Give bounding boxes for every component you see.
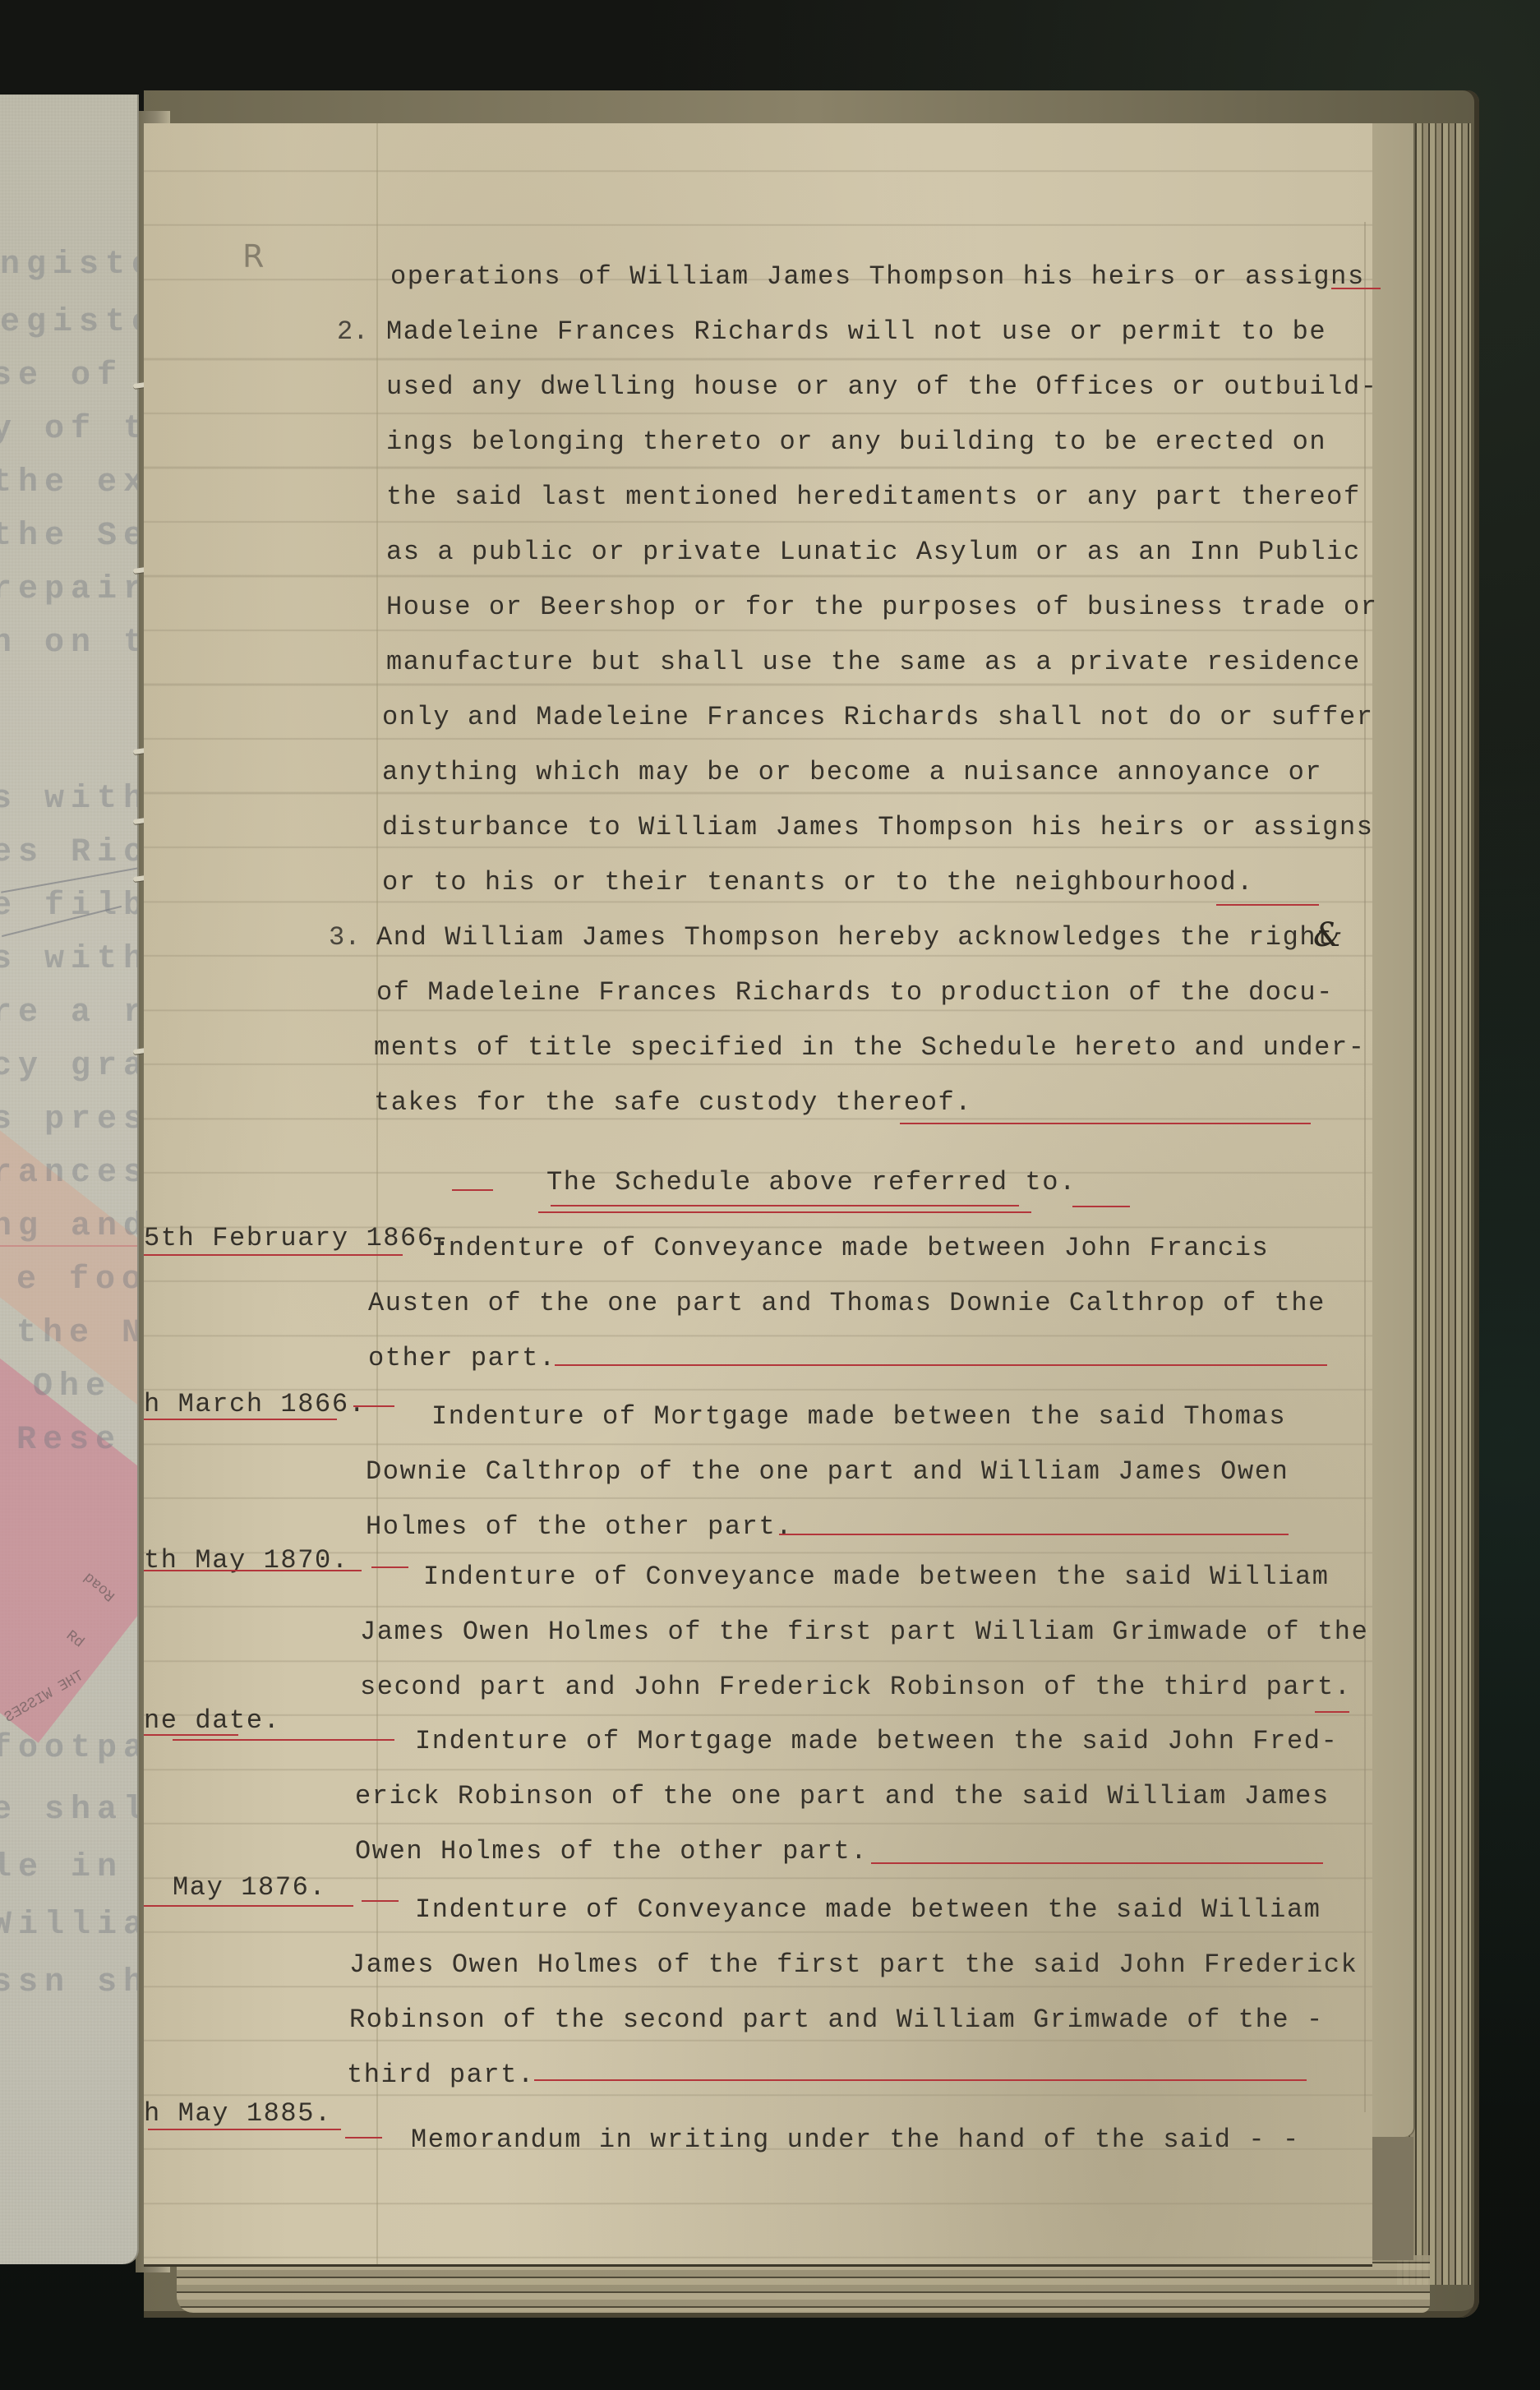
entry-date: h March 1866. bbox=[144, 1389, 366, 1419]
flyleaf-text: rances R bbox=[0, 1155, 137, 1192]
body-line: disturbance to William James Thompson hi… bbox=[382, 812, 1374, 842]
body-line: as a public or private Lunatic Asylum or… bbox=[386, 537, 1361, 567]
date-underline-2 bbox=[173, 1739, 394, 1741]
red-dash bbox=[1315, 1711, 1349, 1713]
entry-date: h May 1885. bbox=[144, 2098, 332, 2129]
entry-line: Downie Calthrop of the one part and Will… bbox=[366, 1456, 1289, 1487]
left-margin-rule bbox=[376, 123, 378, 2264]
red-fill-line bbox=[1331, 288, 1381, 289]
body-line: House or Beershop or for the purposes of… bbox=[386, 592, 1378, 622]
body-line: of Madeleine Frances Richards to product… bbox=[376, 977, 1334, 1008]
entry-line: third part. bbox=[347, 2060, 535, 2090]
handwritten-ampersand: & bbox=[1313, 916, 1343, 954]
title-underline bbox=[551, 1205, 1019, 1207]
entry-line: Indenture of Mortgage made between the s… bbox=[415, 1726, 1338, 1756]
entry-date: ne date. bbox=[144, 1705, 280, 1736]
flyleaf-text: s with bbox=[0, 941, 137, 978]
flyleaf-text: e shal bbox=[0, 1792, 137, 1829]
entry-line: Indenture of Mortgage made between the s… bbox=[431, 1401, 1286, 1432]
entry-line: James Owen Holmes of the first part Will… bbox=[360, 1617, 1368, 1647]
red-fill-line bbox=[900, 1123, 1311, 1124]
red-fill-line bbox=[871, 1862, 1323, 1864]
body-line: Madeleine Frances Richards will not use … bbox=[386, 316, 1326, 347]
red-fill-line bbox=[555, 1364, 1327, 1366]
flyleaf-text: n on the bbox=[0, 625, 137, 662]
red-dash bbox=[345, 2137, 382, 2139]
schedule-title: The Schedule above referred to. bbox=[546, 1167, 1077, 1197]
red-fill-line bbox=[779, 1534, 1289, 1535]
entry-line: other part. bbox=[368, 1343, 556, 1373]
red-dash bbox=[353, 1405, 394, 1407]
entry-line: Indenture of Conveyance made between Joh… bbox=[431, 1233, 1269, 1263]
flyleaf-text: William bbox=[0, 1907, 137, 1944]
flyleaf-text: Ohe bbox=[33, 1368, 112, 1405]
red-fill-line bbox=[534, 2079, 1307, 2081]
red-dash bbox=[452, 1189, 493, 1191]
date-underline bbox=[144, 1570, 362, 1571]
clause-number: 2. bbox=[337, 316, 368, 347]
red-dash bbox=[371, 1566, 408, 1568]
entry-line: James Owen Holmes of the first part the … bbox=[349, 1949, 1358, 1980]
body-line: anything which may be or become a nuisan… bbox=[382, 757, 1322, 787]
date-underline bbox=[144, 1734, 238, 1736]
flyleaf-text: ssn she bbox=[0, 1964, 137, 2001]
body-line: used any dwelling house or any of the Of… bbox=[386, 371, 1378, 402]
flyleaf-text: ngisters bbox=[0, 247, 137, 284]
entry-date: May 1876. bbox=[173, 1872, 326, 1903]
flyleaf-text: re a r bbox=[0, 994, 137, 1031]
right-margin-rule bbox=[1364, 222, 1366, 2112]
body-line: And William James Thompson hereby acknow… bbox=[376, 922, 1334, 953]
date-underline bbox=[148, 2129, 341, 2130]
entry-date: 5th February 1866. bbox=[144, 1223, 451, 1253]
entry-line: Indenture of Conveyance made between the… bbox=[423, 1562, 1330, 1592]
flyleaf-text: ng and bbox=[0, 1208, 137, 1245]
entry-line: Memorandum in writing under the hand of … bbox=[411, 2125, 1300, 2155]
entry-line: second part and John Frederick Robinson … bbox=[360, 1672, 1352, 1702]
title-double-underline bbox=[538, 1211, 1031, 1213]
entry-line: erick Robinson of the one part and the s… bbox=[355, 1781, 1330, 1811]
entry-line: Austen of the one part and Thomas Downie… bbox=[368, 1288, 1326, 1318]
flyleaf-text: e foot bbox=[16, 1262, 137, 1299]
flyleaf-text: repair th bbox=[0, 571, 137, 608]
flyleaf-text: the Seve bbox=[0, 518, 137, 555]
date-underline bbox=[144, 1254, 403, 1256]
flyleaf-text: se of Lan bbox=[0, 358, 137, 394]
body-line: ments of title specified in the Schedule… bbox=[374, 1032, 1366, 1063]
flyleaf-text: footpath bbox=[0, 1730, 137, 1767]
entry-line: Robinson of the second part and William … bbox=[349, 2005, 1324, 2035]
flyleaf-text: the No bbox=[16, 1315, 137, 1352]
red-dash bbox=[362, 1900, 399, 1902]
entry-line: Indenture of Conveyance made between the… bbox=[415, 1894, 1321, 1925]
left-flyleaf: ngisters egister o se of Lan y of the th… bbox=[0, 95, 137, 2264]
flyleaf-text: egister o bbox=[0, 304, 137, 341]
flyleaf-text: Rese bbox=[16, 1422, 122, 1459]
pencil-margin-mark: R bbox=[242, 238, 264, 275]
red-fill-line bbox=[1216, 904, 1319, 906]
body-line: manufacture but shall use the same as a … bbox=[386, 647, 1361, 677]
red-dash bbox=[1072, 1206, 1130, 1207]
entry-line: Owen Holmes of the other part. bbox=[355, 1836, 868, 1866]
flyleaf-text: le in F bbox=[0, 1849, 137, 1886]
body-line: takes for the safe custody thereof. bbox=[374, 1087, 972, 1118]
date-underline bbox=[144, 1419, 337, 1420]
flyleaf-text: the exist bbox=[0, 464, 137, 501]
red-pencil-line bbox=[0, 1245, 137, 1247]
entry-line: Holmes of the other part. bbox=[366, 1511, 793, 1542]
body-line: ings belonging thereto or any building t… bbox=[386, 427, 1326, 457]
flyleaf-text: cy gra bbox=[0, 1048, 137, 1085]
body-line: or to his or their tenants or to the nei… bbox=[382, 867, 1254, 897]
flyleaf-text: s with bbox=[0, 781, 137, 818]
flyleaf-text: es Rich bbox=[0, 834, 137, 871]
clause-number: 3. bbox=[329, 922, 360, 953]
date-underline bbox=[144, 1905, 353, 1907]
body-line: operations of William James Thompson his… bbox=[390, 261, 1365, 292]
flyleaf-text: y of the bbox=[0, 411, 137, 448]
flyleaf-text: s pres bbox=[0, 1101, 137, 1138]
body-line: the said last mentioned hereditaments or… bbox=[386, 482, 1361, 512]
body-line: only and Madeleine Frances Richards shal… bbox=[382, 702, 1374, 732]
flyleaf-text: e filbe bbox=[0, 888, 137, 925]
